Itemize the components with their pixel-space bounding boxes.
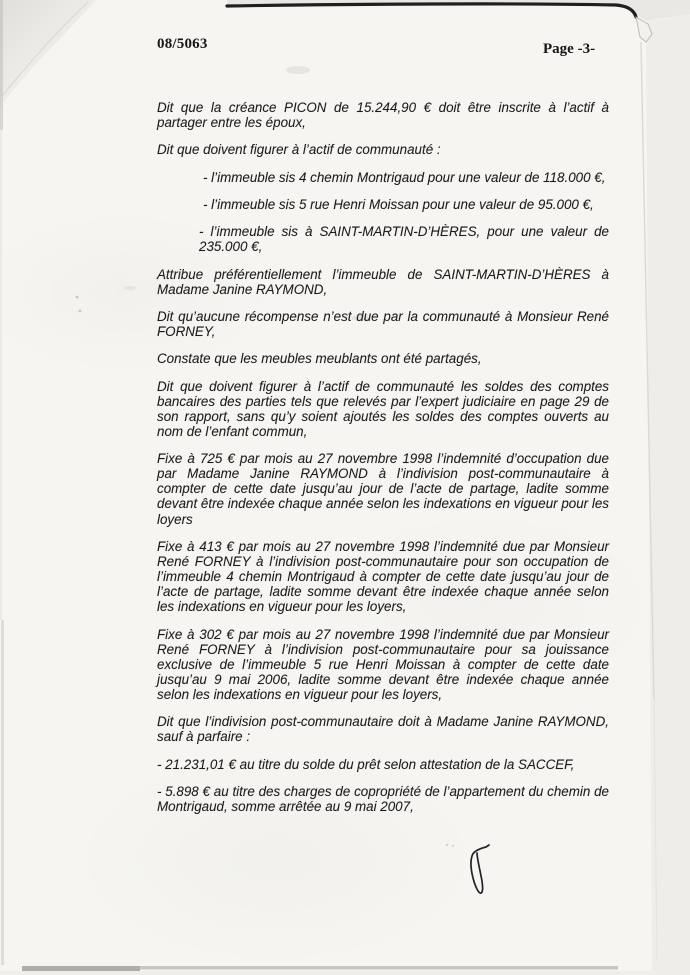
- smudge: [124, 286, 136, 290]
- page-top-edge: [227, 4, 636, 17]
- scanned-document-page: 08/5063 Page -3- Dit que la créance PICO…: [0, 0, 690, 975]
- document-paragraph: Constate que les meubles meublants ont é…: [157, 351, 609, 366]
- corner-crease-line: [2, 2, 88, 96]
- document-paragraph: Attribue préférentiellement l’immeuble d…: [157, 267, 609, 297]
- document-paragraph: - l’immeuble sis 5 rue Henri Moissan pou…: [157, 197, 609, 212]
- document-paragraph: Dit que doivent figurer à l’actif de com…: [157, 142, 609, 157]
- speck: [79, 310, 82, 313]
- scanner-bg-top: [227, 0, 663, 5]
- document-paragraph: Dit qu’aucune récompense n’est due par l…: [157, 309, 609, 339]
- document-paragraph: - 5.898 € au titre des charges de coprop…: [157, 784, 609, 814]
- document-paragraph: - l’immeuble sis 4 chemin Montrigaud pou…: [157, 170, 609, 185]
- page-right-edge-lower: [654, 700, 657, 960]
- document-paragraph: Fixe à 413 € par mois au 27 novembre 199…: [157, 539, 609, 614]
- document-paragraph: Fixe à 302 € par mois au 27 novembre 199…: [157, 627, 609, 702]
- page-number: Page -3-: [543, 41, 595, 58]
- document-paragraph: Dit que doivent figurer à l’actif de com…: [157, 379, 609, 439]
- corner-crease-shade: [0, 0, 96, 108]
- folded-corner: [636, 17, 652, 42]
- document-body: Dit que la créance PICON de 15.244,90 € …: [157, 100, 609, 826]
- left-edge-mid: [0, 130, 2, 620]
- pen-mark: [471, 845, 489, 893]
- document-paragraph: Dit que la créance PICON de 15.244,90 € …: [157, 100, 609, 130]
- speck: [446, 844, 448, 846]
- left-edge-top: [0, 0, 3, 130]
- case-number: 08/5063: [157, 36, 208, 53]
- left-edge-bottom: [1, 620, 4, 965]
- smudge: [286, 66, 310, 74]
- page-right-edge: [641, 42, 654, 700]
- document-paragraph: - 21.231,01 € au titre du solde du prêt …: [157, 757, 609, 772]
- bottom-band-dark: [22, 966, 140, 971]
- bottom-margin: [0, 971, 690, 975]
- document-paragraph: - l’immeuble sis à SAINT-MARTIN-D’HÈRES,…: [199, 224, 609, 254]
- scanner-bg-right: [646, 14, 690, 975]
- scanner-bg-right-corner: [616, 0, 690, 21]
- speck: [452, 845, 454, 847]
- document-paragraph: Dit que l’indivision post-communautaire …: [157, 714, 609, 744]
- bottom-band-light: [140, 966, 618, 970]
- document-paragraph: Fixe à 725 € par mois au 27 novembre 199…: [157, 451, 609, 526]
- speck: [76, 296, 79, 299]
